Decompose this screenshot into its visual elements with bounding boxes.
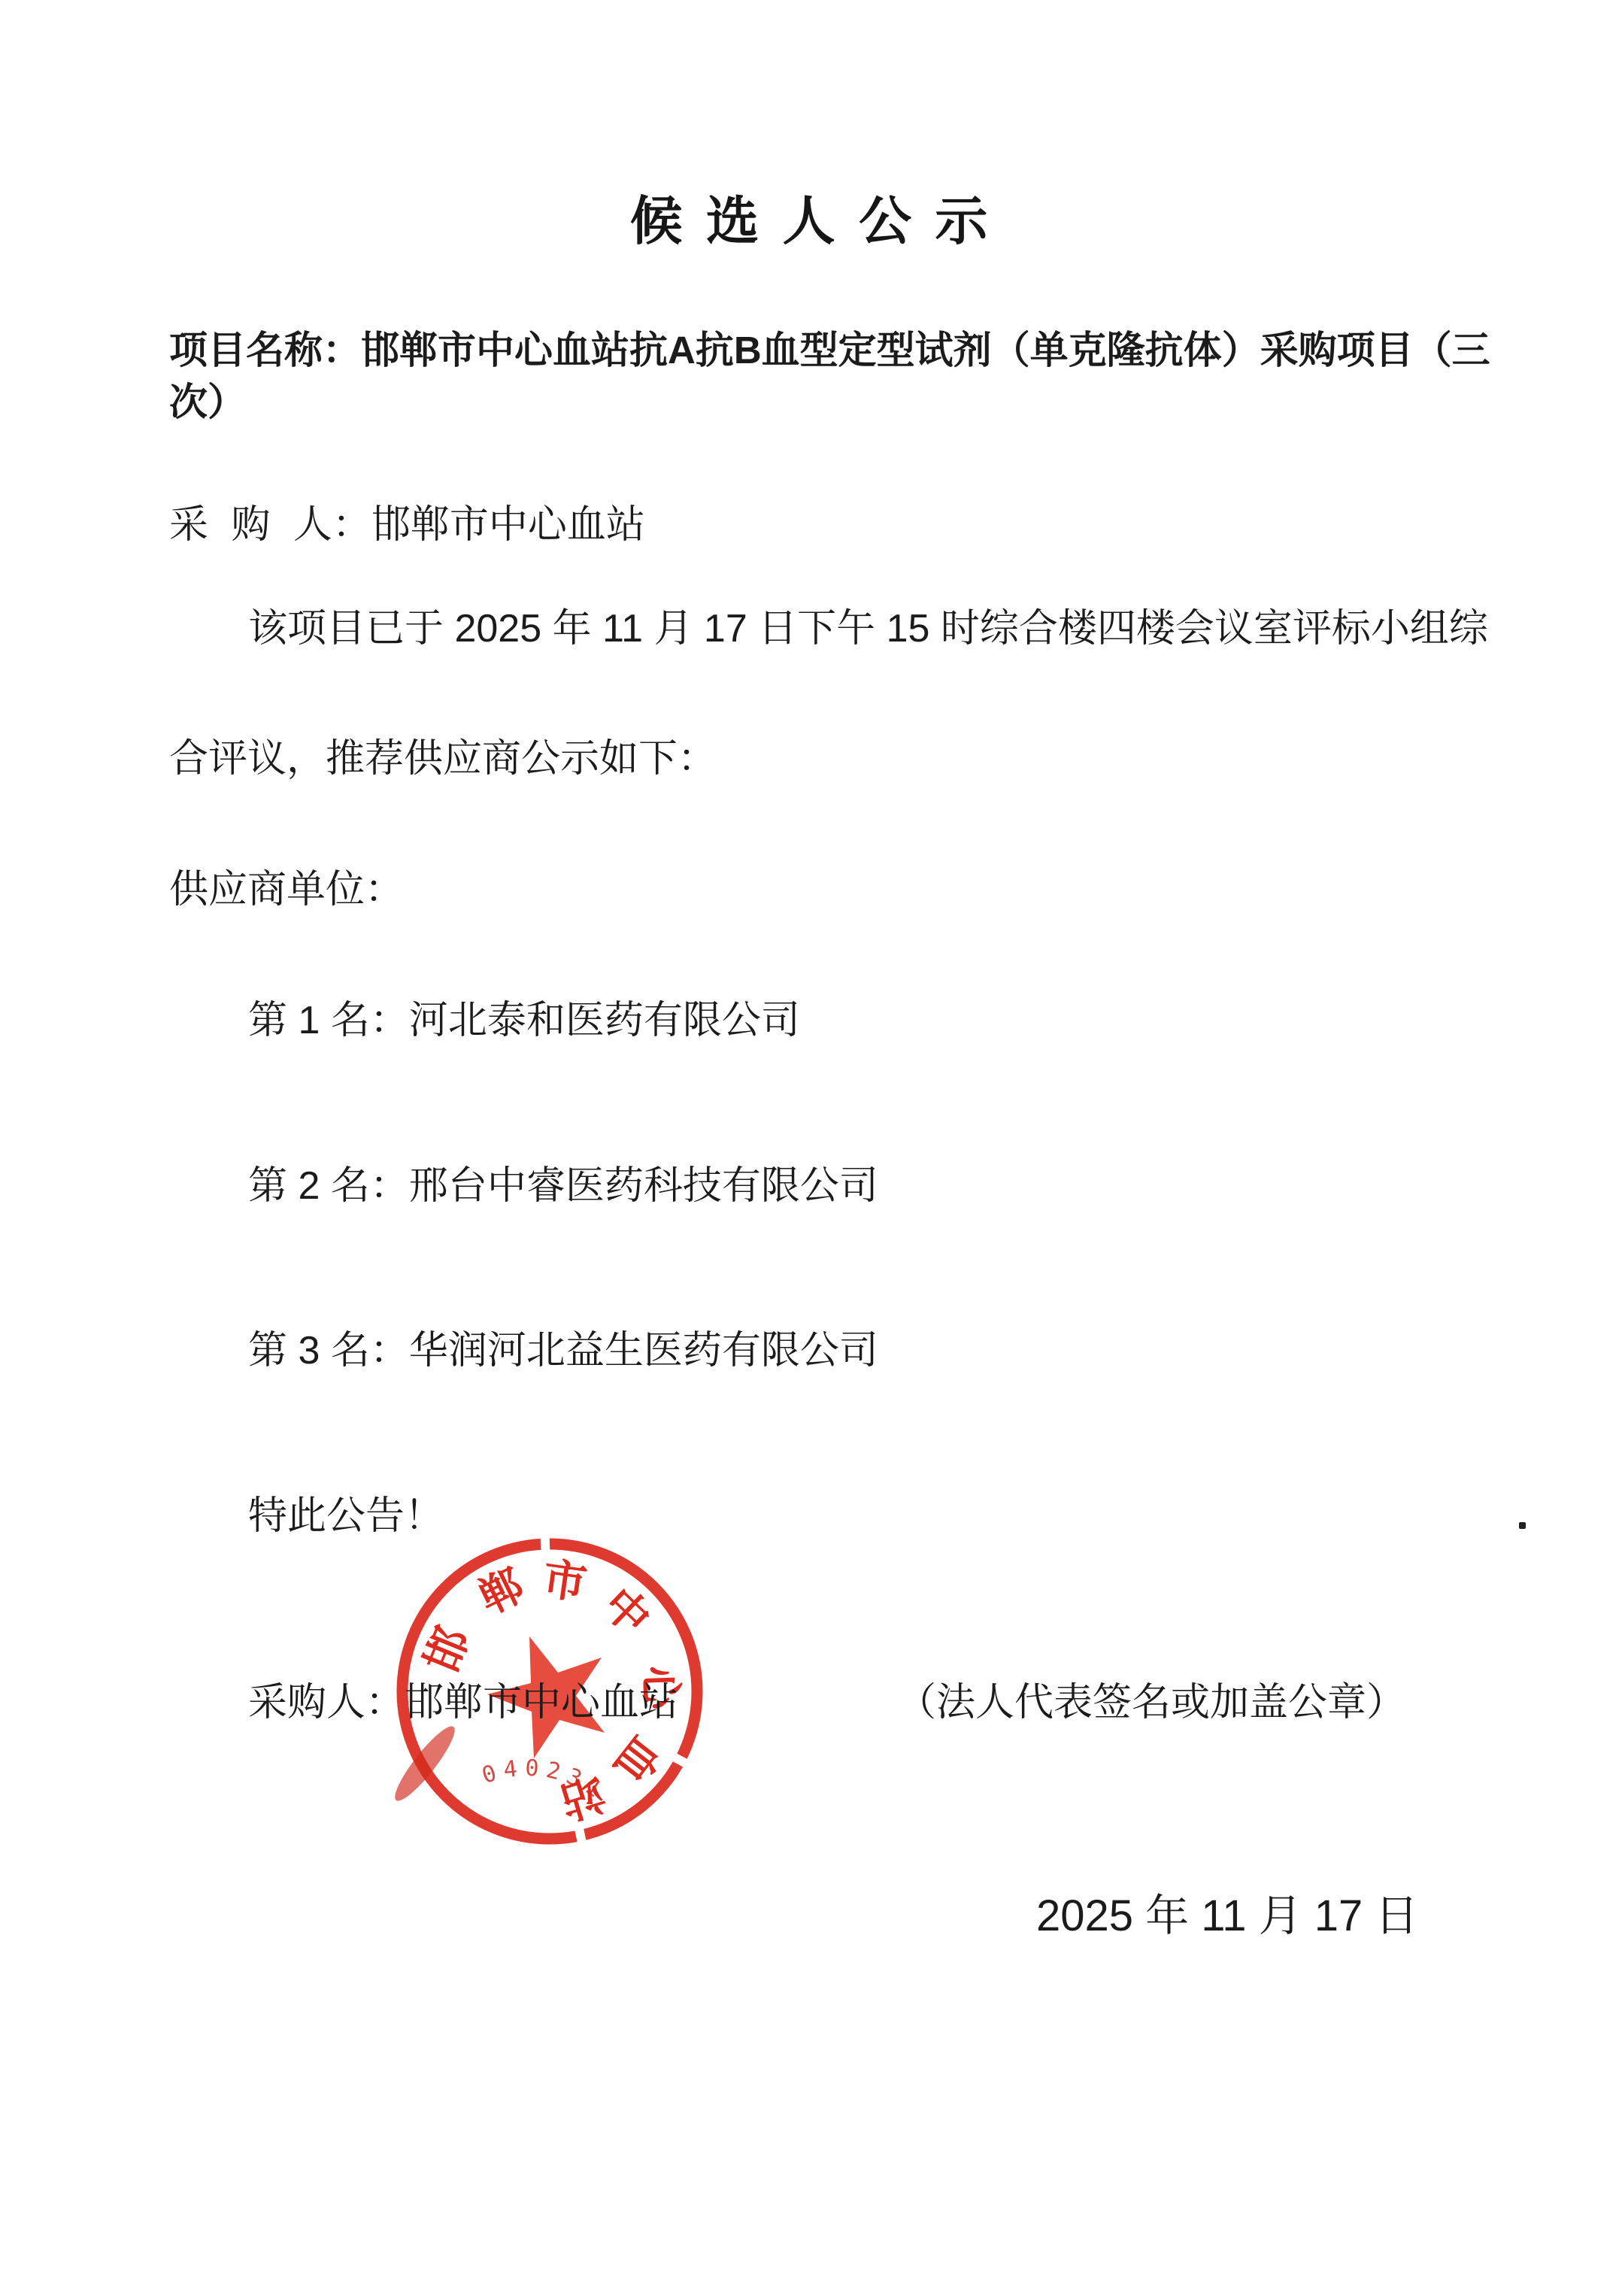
review-line-1: 该项目已于 2025 年 11 月 17 日下午 15 时综合楼四楼会议室评标小… — [248, 605, 1488, 654]
date-line: 2025 年 11 月 17 日 — [1036, 1889, 1418, 1944]
rank-1-line: 第 1 名：河北泰和医药有限公司 — [248, 996, 800, 1045]
buyer-line: 采 购 人：邯郸市中心血站 — [169, 501, 645, 550]
review-line-2: 合评议，推荐供应商公示如下： — [169, 735, 717, 784]
project-name-line-1: 项目名称：邯郸市中心血站抗A抗B血型定型试剂（单克隆抗体）采购项目（三 — [169, 326, 1490, 375]
ink-speck — [1519, 1522, 1526, 1529]
document-page: 候 选 人 公 示 项目名称：邯郸市中心血站抗A抗B血型定型试剂（单克隆抗体）采… — [0, 0, 1622, 2296]
signature-note: （法人代表签名或加盖公章） — [897, 1679, 1405, 1727]
rank-2-line: 第 2 名：邢台中睿医药科技有限公司 — [248, 1162, 878, 1211]
rank-3-line: 第 3 名：华润河北益生医药有限公司 — [248, 1327, 878, 1375]
project-name-line-2: 次） — [169, 378, 246, 426]
closing-line: 特此公告！ — [248, 1492, 444, 1541]
supplier-heading: 供应商单位： — [169, 866, 404, 914]
seal-ring-char: 邯 — [417, 1621, 478, 1679]
seal-ring-char: 郸 — [471, 1560, 532, 1624]
signer-line: 采购人：邯郸市中心血站 — [248, 1679, 678, 1727]
seal-ring-char: 市 — [540, 1554, 590, 1609]
